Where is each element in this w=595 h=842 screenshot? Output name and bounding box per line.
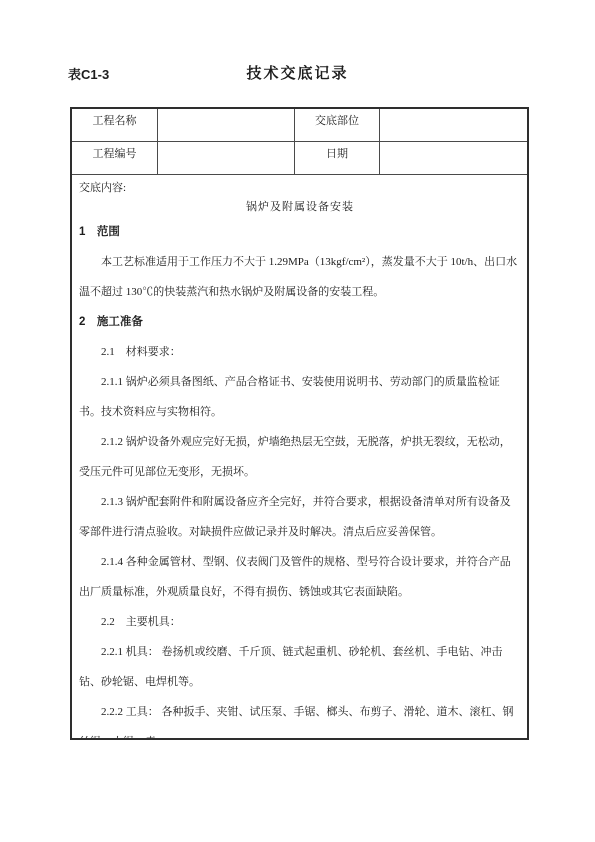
project-number-label: 工程编号 <box>72 142 158 175</box>
paragraph: 2.1.4 各种金属管材、型钢、仪表阀门及管件的规格、型号符合设计要求，并符合产… <box>79 547 521 607</box>
paragraph: 2.1.2 锅炉设备外观应完好无损，炉墙绝热层无空鼓，无脱落，炉拱无裂纹，无松动… <box>79 427 521 487</box>
project-name-value <box>158 109 295 142</box>
paragraph: 2.1.3 锅炉配套附件和附属设备应齐全完好，并符合要求，根据设备清单对所有设备… <box>79 487 521 547</box>
subsection-heading-tools: 2.2 主要机具： <box>79 607 521 637</box>
paragraph: 2.2.2 工具： 各种扳手、夹钳、试压泵、手锯、榔头、布剪子、滑轮、道木、滚杠… <box>79 697 521 738</box>
title-row: 表C1-3 技术交底记录 <box>0 62 595 84</box>
disclosure-content-cell: 交底内容: 锅炉及附属设备安装 1 范围 本工艺标准适用于工作压力不大于 1.2… <box>72 175 527 738</box>
section-heading-preparation: 2 施工准备 <box>79 307 521 337</box>
document-title: 技术交底记录 <box>246 65 348 82</box>
disclosure-part-value <box>380 109 527 142</box>
disclosure-part-label: 交底部位 <box>295 109 380 142</box>
project-number-value <box>158 142 295 175</box>
form-code: 表C1-3 <box>68 64 109 83</box>
content-subtitle: 锅炉及附属设备安装 <box>79 198 521 217</box>
paragraph: 2.1.1 锅炉必须具备图纸、产品合格证书、安装使用说明书、劳动部门的质量监检证… <box>79 367 521 427</box>
project-name-label: 工程名称 <box>72 109 158 142</box>
content-label: 交底内容: <box>79 179 521 198</box>
date-label: 日期 <box>295 142 380 175</box>
subsection-heading-materials: 2.1 材料要求： <box>79 337 521 367</box>
paragraph: 本工艺标准适用于工作压力不大于 1.29MPa（13kgf/cm²），蒸发量不大… <box>79 247 521 307</box>
paragraph: 2.2.1 机具： 卷扬机或绞磨、千斤顶、链式起重机、砂轮机、套丝机、手电钻、冲… <box>79 637 521 697</box>
date-value <box>380 142 527 175</box>
section-heading-scope: 1 范围 <box>79 217 521 247</box>
form-table: 工程名称 交底部位 工程编号 日期 交底内容: 锅炉及附属设备安装 1 范围 本… <box>70 107 529 740</box>
document-page: 表C1-3 技术交底记录 工程名称 交底部位 工程编号 日期 交底内容: 锅炉及… <box>0 0 595 842</box>
